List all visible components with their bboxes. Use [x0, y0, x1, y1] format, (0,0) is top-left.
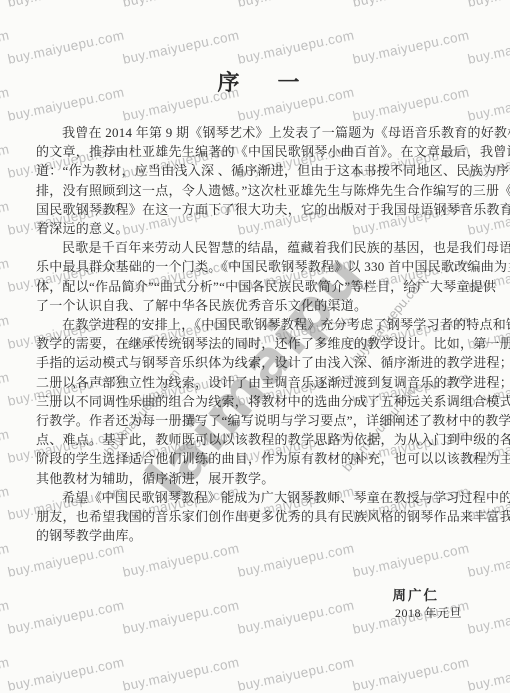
page-title: 序 一 — [4, 66, 510, 97]
text-line: 教学的需要，在继承传统钢琴法的同时，还作了多维度的教学设计。比如，第一册以 — [36, 334, 476, 353]
text-line: 二册以各声部独立性为线索，设计了由主调音乐逐渐过渡到复调音乐的教学进程；第 — [36, 373, 476, 392]
scan-page: buy.maiyuepu.combuy.maiyuepu.combuy.maiy… — [0, 0, 510, 693]
text-line: 了一个认识自我、了解中华各民族优秀音乐文化的渠道。 — [36, 296, 476, 315]
text-line: 着深远的意义。 — [36, 219, 476, 238]
text-line: 排，没有照顾到这一点，令人遗憾。”这次杜亚雄先生与陈烨先生合作编写的三册《中 — [36, 181, 476, 200]
page-title-char: 一 — [278, 66, 301, 97]
signature-date: 2018 年元旦 — [395, 604, 462, 621]
text-line: 其他教材为辅助，循序渐进，展开教学。 — [36, 469, 476, 488]
paragraph: 希望《中国民歌钢琴教程》能成为广大钢琴教师、琴童在教授与学习过程中的好朋友，也希… — [36, 488, 476, 546]
text-line: 民歌是千百年来劳动人民智慧的结晶，蕴藏着我们民族的基因，也是我们母语音 — [36, 238, 476, 257]
text-line: 希望《中国民歌钢琴教程》能成为广大钢琴教师、琴童在教授与学习过程中的好 — [36, 488, 476, 507]
paragraph: 我曾在 2014 年第 9 期《钢琴艺术》上发表了一篇题为《母语音乐教育的好教材… — [36, 123, 476, 238]
page-title-char: 序 — [217, 66, 240, 97]
text-line: 阶段的学生选择适合他们训练的曲目，作为原有教材的补充，也可以以该教程为主体， — [36, 449, 476, 468]
text-line: 的文章，推荐由杜亚雄先生编著的《中国民歌钢琴小曲百首》。在文章最后，我曾评论 — [36, 142, 476, 161]
text-line: 在教学进程的安排上，《中国民歌钢琴教程》充分考虑了钢琴学习者的特点和钢琴 — [36, 315, 476, 334]
text-line: 道：“作为教材，应当由浅入深 、循序渐进，但由于这本书按不同地区、民族为序编 — [36, 161, 476, 180]
text-line: 的钢琴教学曲库。 — [36, 526, 476, 545]
preface-content: 序 一 我曾在 2014 年第 9 期《钢琴艺术》上发表了一篇题为《母语音乐教育… — [0, 0, 510, 693]
paragraph: 在教学进程的安排上，《中国民歌钢琴教程》充分考虑了钢琴学习者的特点和钢琴教学的需… — [36, 315, 476, 488]
text-line: 三册以不同调性乐曲的组合为线索，将教材中的选曲分成了五种远关系调组合模式进 — [36, 392, 476, 411]
text-line: 我曾在 2014 年第 9 期《钢琴艺术》上发表了一篇题为《母语音乐教育的好教材… — [36, 123, 476, 142]
paragraph: 民歌是千百年来劳动人民智慧的结晶，蕴藏着我们民族的基因，也是我们母语音乐中最具群… — [36, 238, 476, 315]
text-line: 行教学。作者还为每一册撰写了“编写说明与学习要点”，详细阐述了教材中的教学重 — [36, 411, 476, 430]
text-line: 手指的运动模式与钢琴音乐织体为线索，设计了由浅入深、循序渐进的教学进程；第 — [36, 353, 476, 372]
text-line: 国民歌钢琴教程》在这一方面下了很大功夫，它的出版对于我国母语钢琴音乐教育有 — [36, 200, 476, 219]
preface-body: 我曾在 2014 年第 9 期《钢琴艺术》上发表了一篇题为《母语音乐教育的好教材… — [36, 123, 476, 545]
text-line: 点、难点。基于此，教师既可以以该教程的教学思路为依据，为从入门到中级的各个 — [36, 430, 476, 449]
text-line: 体，配以“作品简介”“曲式分析”“中国各民族民歌简介”等栏目，给广大琴童提供 — [36, 277, 476, 296]
text-line: 乐中最具群众基础的一个门类。《中国民歌钢琴教程》以 330 首中国民歌改编曲为主 — [36, 257, 476, 276]
signature: 周广仁 — [393, 584, 440, 604]
text-line: 朋友，也希望我国的音乐家们创作出更多优秀的具有民族风格的钢琴作品来丰富我们 — [36, 507, 476, 526]
